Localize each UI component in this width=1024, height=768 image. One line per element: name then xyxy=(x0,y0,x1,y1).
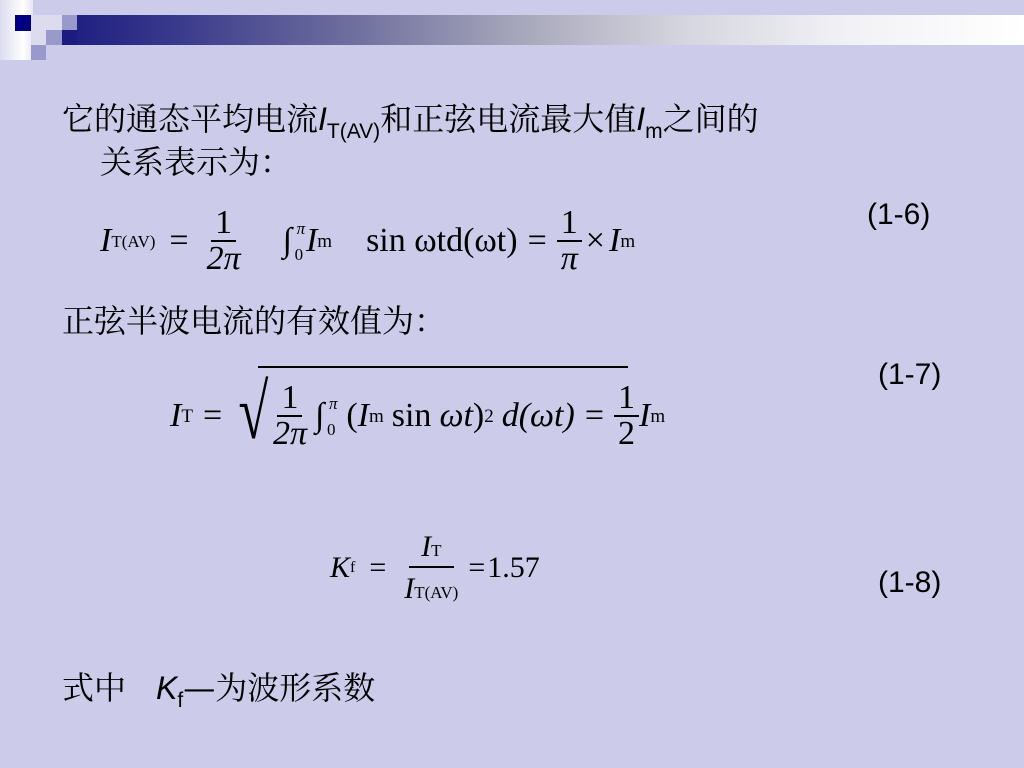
eq2-Im-sub: m xyxy=(369,407,384,426)
var-Im: I xyxy=(636,101,645,137)
equation-1-8: Kf = IT IT(AV) = 1.57 xyxy=(330,524,540,612)
var-sub-T-AV: T(AV) xyxy=(327,120,380,143)
integral-upper: π xyxy=(329,395,338,412)
footer-prefix: 式中 xyxy=(62,669,126,707)
eq3-denominator: IT(AV) xyxy=(400,568,462,604)
eq2-equals: = xyxy=(203,399,222,433)
header-square-dark xyxy=(62,30,77,45)
header-square-medium xyxy=(31,45,46,60)
eq2-Im: I xyxy=(358,399,369,433)
eq2-lhs-sub: T xyxy=(181,407,193,426)
eq2-open-paren: ( xyxy=(346,399,357,433)
eq2-integral: ∫π0 xyxy=(315,399,324,433)
equation-number-1-7: (1-7) xyxy=(878,360,941,390)
eq2-wt: ωt xyxy=(439,399,472,433)
intro-text-b: 和正弦电流最大值 xyxy=(380,100,636,138)
var-sub-m: m xyxy=(645,120,663,143)
eq3-den-I: I xyxy=(404,572,414,605)
equation-1-7: IT = √ 12π ∫π0 ( Im sin ωt )2 d (ωt) = 1… xyxy=(170,368,665,464)
eq3-lhs: K xyxy=(330,553,350,583)
eq3-num-sub: T xyxy=(431,541,441,560)
equation-number-1-6: (1-6) xyxy=(867,200,930,230)
eq3-fraction: IT IT(AV) xyxy=(400,532,462,604)
eq2-d: d xyxy=(502,399,519,433)
header-square-navy xyxy=(15,15,31,31)
header-gradient-bar xyxy=(62,15,1024,45)
sqrt-sign: √ xyxy=(239,373,269,451)
intro-line-2: 关系表示为： xyxy=(100,146,292,178)
eq2-sin: sin xyxy=(392,399,432,433)
eq2-close-paren: ) xyxy=(473,399,484,433)
integral-sign: ∫ xyxy=(283,222,292,259)
rms-label: 正弦半波电流的有效值为： xyxy=(62,305,446,337)
integral-upper: π xyxy=(297,220,306,237)
intro-text-c: 之间的 xyxy=(663,100,759,138)
eq3-num-I: I xyxy=(421,530,431,563)
eq1-times: × xyxy=(586,224,605,258)
eq1-equals-2: = xyxy=(528,224,547,258)
eq1-body: sin ωtd(ωt) xyxy=(366,224,517,258)
header-square-light xyxy=(31,30,46,45)
header-square-medium xyxy=(62,15,77,30)
eq2-frac-den: 2π xyxy=(269,417,311,451)
eq3-equals: = xyxy=(369,553,386,583)
integral-lower: 0 xyxy=(295,246,304,263)
eq1-lhs: I xyxy=(100,224,111,258)
eq1-fraction-2: 1π xyxy=(557,206,582,276)
eq2-fraction: 12π xyxy=(269,381,311,451)
var-I: I xyxy=(318,101,327,137)
footer-definition: 式中Kf—为波形系数 xyxy=(62,672,375,711)
eq3-value: 1.57 xyxy=(487,553,540,583)
eq2-power: 2 xyxy=(484,407,494,426)
eq1-frac-den: 2π xyxy=(203,242,245,276)
eq1-rhs: I xyxy=(609,224,620,258)
eq2-dwt: (ωt) xyxy=(519,399,575,433)
eq2-fraction-2: 12 xyxy=(614,381,639,451)
intro-line-1: 它的通态平均电流IT(AV)和正弦电流最大值Im之间的 xyxy=(62,103,759,142)
footer-desc: —为波形系数 xyxy=(183,669,375,707)
integral-lower: 0 xyxy=(327,421,336,438)
eq2-lhs: I xyxy=(170,399,181,433)
eq1-frac-num: 1 xyxy=(211,206,236,242)
intro-text-a: 它的通态平均电流 xyxy=(62,100,318,138)
eq3-lhs-sub: f xyxy=(350,560,355,576)
eq1-rhs-sub: m xyxy=(620,232,635,251)
eq2-frac2-num: 1 xyxy=(614,381,639,417)
eq1-integral: ∫π0 xyxy=(283,224,292,258)
eq2-equals-2: = xyxy=(585,399,604,433)
eq2-frac2-den: 2 xyxy=(614,417,639,451)
integral-sign: ∫ xyxy=(315,397,324,434)
eq3-equals-2: = xyxy=(468,553,485,583)
equation-number-1-8: (1-8) xyxy=(878,568,941,598)
eq3-den-sub: T(AV) xyxy=(414,583,458,602)
eq1-Im: I xyxy=(306,224,317,258)
eq1-Im-sub: m xyxy=(317,232,332,251)
equation-1-6: IT(AV) = 12π ∫π0 Im sin ωtd(ωt) = 1π × I… xyxy=(100,196,635,286)
eq1-frac2-num: 1 xyxy=(557,206,582,242)
eq1-equals: = xyxy=(169,224,188,258)
eq2-rhs-sub: m xyxy=(650,407,665,426)
footer-K: K xyxy=(156,670,177,706)
eq1-lhs-sub: T(AV) xyxy=(111,233,155,250)
header-square-medium xyxy=(46,30,62,45)
eq2-frac-num: 1 xyxy=(277,381,302,417)
eq3-numerator: IT xyxy=(409,532,453,568)
eq1-fraction: 12π xyxy=(203,206,245,276)
eq1-frac2-den: π xyxy=(557,242,582,276)
eq2-rhs: I xyxy=(639,399,650,433)
header-square-light xyxy=(31,15,62,30)
